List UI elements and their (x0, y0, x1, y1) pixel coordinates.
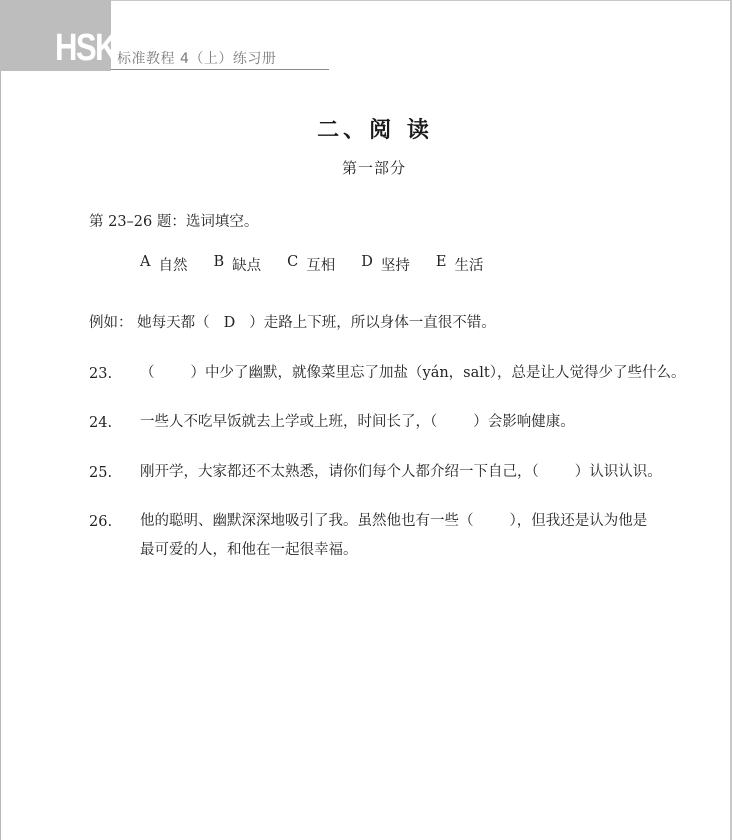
option-a: A 自然 (140, 254, 187, 275)
question-number: 25. (89, 465, 112, 481)
hsk-logo: HSK (55, 28, 116, 68)
book-title: 标准教程 4（上）练习册 (117, 48, 276, 68)
question-text: 一些人不吃早饭就去上学或上班，时间长了，（）会影响健康。 (140, 408, 575, 437)
part-title: 第一部分 (0, 157, 732, 178)
option-letter: C (287, 254, 298, 275)
question-text: 他的聪明、幽默深深地吸引了我。虽然他也有一些（），但我还是认为他是 最可爱的人，… (140, 507, 647, 565)
hsk-logo-block: HSK (0, 0, 111, 71)
option-word: 互相 (306, 254, 335, 275)
example-label: 例如： (89, 315, 133, 331)
section-title: 二、阅 读 (0, 113, 732, 144)
example-before: 她每天都（ (137, 315, 210, 331)
instruction: 第 23–26 题：选词填空。 (89, 210, 258, 231)
option-letter: B (213, 254, 224, 275)
option-e: E 生活 (436, 254, 484, 275)
question-text: 刚开学，大家都还不太熟悉，请你们每个人都介绍一下自己，（）认识认识。 (140, 458, 662, 487)
question-line-2: 最可爱的人，和他在一起很幸福。 (140, 542, 358, 558)
question-number: 24. (89, 415, 112, 431)
option-word: 自然 (158, 254, 187, 275)
example-sentence: 例如： 她每天都（D）走路上下班，所以身体一直很不错。 (89, 311, 496, 332)
header-rule (111, 69, 329, 70)
word-options: A 自然 B 缺点 C 互相 D 坚持 E 生活 (140, 254, 509, 275)
question-number: 23. (89, 366, 112, 382)
option-word: 缺点 (232, 254, 261, 275)
question-text: （）中少了幽默，就像菜里忘了加盐（yán，salt），总是让人觉得少了些什么。 (140, 359, 685, 388)
example-after: ）走路上下班，所以身体一直很不错。 (249, 315, 496, 331)
option-letter: D (361, 254, 373, 275)
option-word: 生活 (454, 254, 483, 275)
question-number: 26. (89, 514, 112, 530)
option-b: B 缺点 (213, 254, 261, 275)
option-letter: E (436, 254, 447, 275)
option-d: D 坚持 (361, 254, 410, 275)
option-word: 坚持 (381, 254, 410, 275)
option-letter: A (140, 254, 150, 275)
option-c: C 互相 (287, 254, 335, 275)
example-answer: D (224, 315, 236, 331)
